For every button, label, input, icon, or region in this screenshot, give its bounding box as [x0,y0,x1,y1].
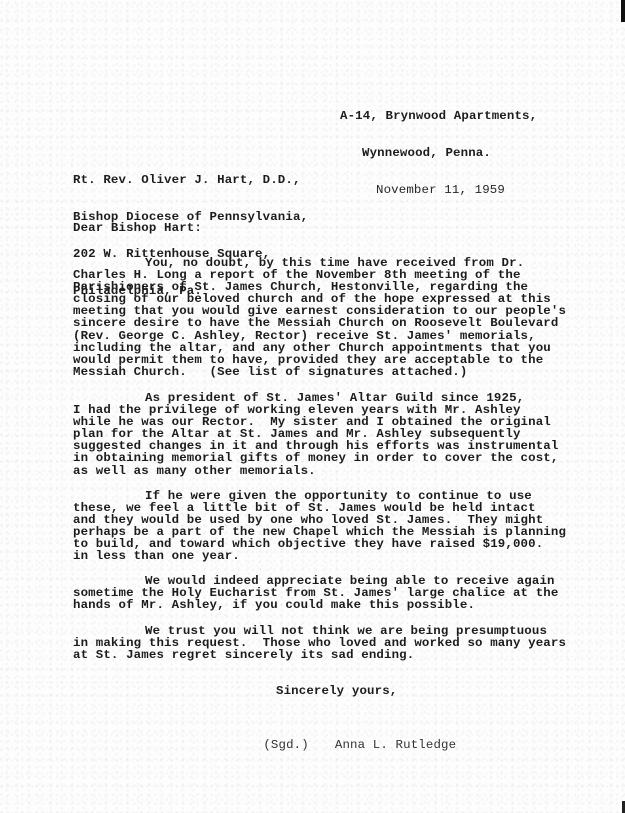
paragraph: We would indeed appreciate being able to… [73,575,558,611]
scan-edge-mark [621,0,625,22]
sender-address-line: Wynnewood, Penna. [340,147,537,159]
paragraph-line: including the altar, and any other Churc… [73,342,566,354]
recipient-address-line: Rt. Rev. Oliver J. Hart, D.D., [73,174,308,186]
signature: (Sgd.)Anna L. Rutledge [233,727,456,764]
signature-prefix: (Sgd.) [263,738,309,752]
paragraph-line: as well as many other memorials. [73,465,558,477]
paragraph: As president of St. James' Altar Guild s… [73,392,558,477]
paragraph: We trust you will not think we are being… [73,625,566,661]
sender-address: A-14, Brynwood Apartments, Wynnewood, Pe… [340,85,537,221]
paragraph-line: in obtaining memorial gifts of money in … [73,452,558,464]
letter-date: November 11, 1959 [340,184,537,196]
paragraph-line: at St. James regret sincerely its sad en… [73,649,566,661]
sender-address-line: A-14, Brynwood Apartments, [340,110,537,122]
signature-name: Anna L. Rutledge [335,738,456,752]
paragraph-line: (Rev. George C. Ashley, Rector) receive … [73,330,566,342]
paragraph-line: Messiah Church. (See list of signatures … [73,366,566,378]
paragraph: You, no doubt, by this time have receive… [73,257,566,378]
closing: Sincerely yours, [276,685,397,697]
paragraph-line: in less than one year. [73,550,566,562]
paragraph-line: hands of Mr. Ashley, if you could make t… [73,599,558,611]
letter-page: A-14, Brynwood Apartments, Wynnewood, Pe… [0,0,625,813]
salutation: Dear Bishop Hart: [73,222,202,234]
paragraph-line: sincere desire to have the Messiah Churc… [73,317,566,329]
paragraph: If he were given the opportunity to cont… [73,490,566,563]
